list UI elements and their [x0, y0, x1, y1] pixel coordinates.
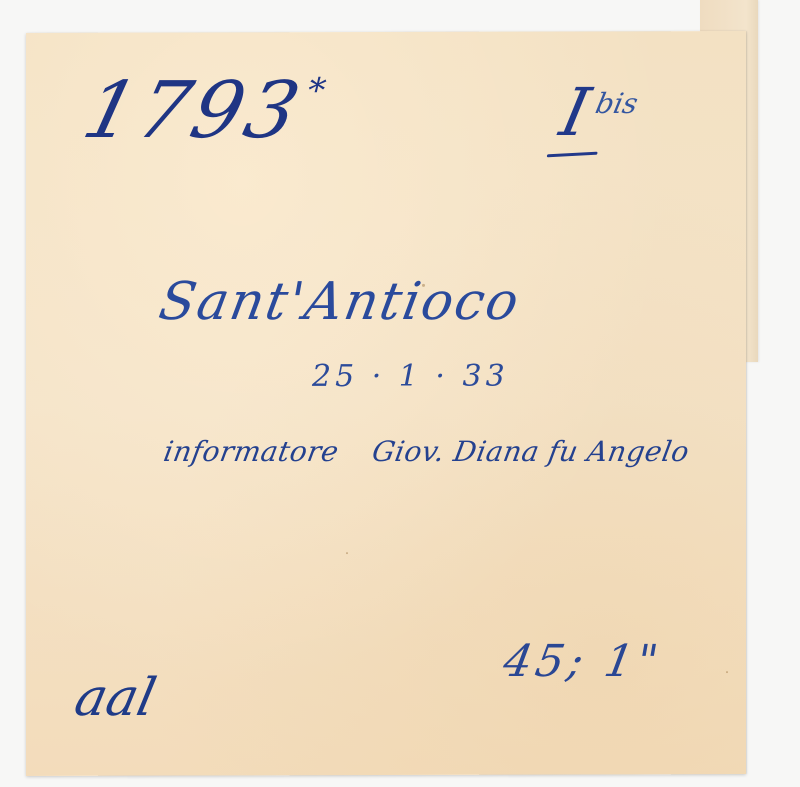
reference-number: 45; 1": [500, 640, 665, 684]
paper-speck: [726, 671, 728, 673]
date: 25 · 1 · 33: [312, 362, 509, 392]
informant-name: Giov. Diana fu Angelo: [370, 435, 692, 468]
informant-label: informatore: [161, 435, 341, 468]
place-name: Sant'Antioco: [155, 276, 524, 328]
initials: aal: [70, 672, 160, 724]
catalog-number-value: 1793: [75, 66, 312, 156]
volume-suffix: bis: [593, 87, 641, 120]
catalog-number: 1793*: [76, 72, 333, 150]
informant-line: informatoreGiov. Diana fu Angelo: [162, 438, 692, 466]
paper-speck: [346, 552, 348, 554]
volume-numeral: Ibis: [555, 80, 642, 146]
